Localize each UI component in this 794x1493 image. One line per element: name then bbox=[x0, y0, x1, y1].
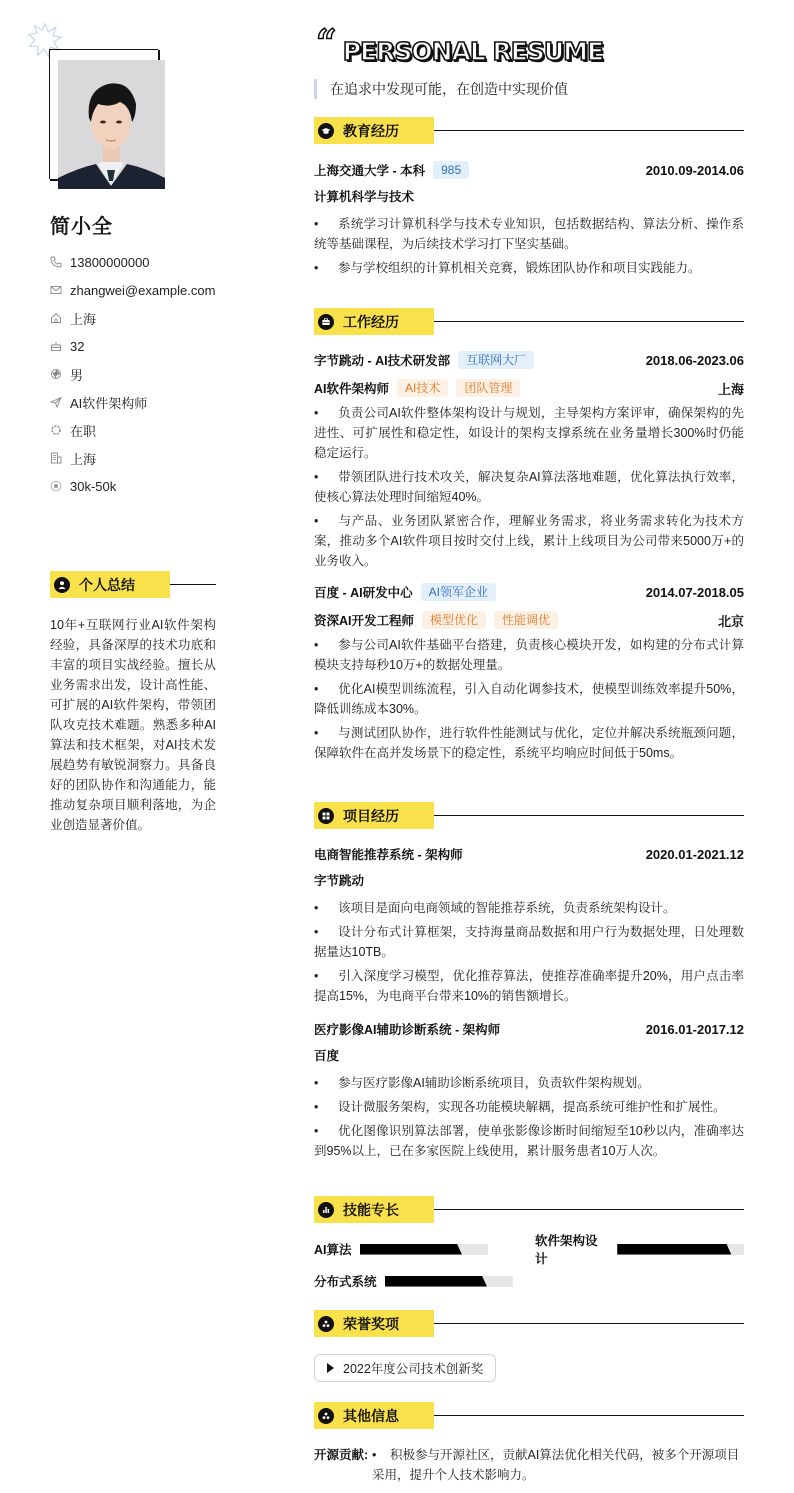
info-status: 在职 bbox=[50, 416, 250, 444]
company-name: 百度 - AI研发中心 bbox=[314, 583, 413, 601]
info-salary: 30k-50k bbox=[50, 472, 250, 500]
quote-mark-icon: “ bbox=[316, 28, 333, 58]
section-title: 项目经历 bbox=[343, 806, 399, 826]
project-name: 电商智能推荐系统 - 架构师 bbox=[314, 845, 463, 863]
skill-name: 分布式系统 bbox=[314, 1272, 377, 1290]
status-icon bbox=[50, 424, 62, 436]
section-other: 其他信息 bbox=[314, 1402, 744, 1429]
info-age-value: 32 bbox=[70, 339, 84, 354]
work-item: 字节跳动 - AI技术研发部 互联网大厂 2018.06-2023.06 AI软… bbox=[314, 349, 744, 571]
award-item: 2022年度公司技术创新奖 bbox=[314, 1354, 496, 1382]
info-status-value: 在职 bbox=[70, 421, 96, 440]
resume-title: “ PERSONAL RESUME bbox=[316, 28, 603, 70]
list-item: 优化图像识别算法部署，使单张影像诊断时间缩短至10秒以内，准确率达到95%以上，… bbox=[314, 1121, 744, 1161]
education-item: 上海交通大学 - 本科 985 2010.09-2014.06 计算机科学与技术… bbox=[314, 159, 744, 278]
section-header-summary: 个人总结 bbox=[50, 571, 216, 598]
project-name: 医疗影像AI辅助诊断系统 - 架构师 bbox=[314, 1020, 500, 1038]
bullet-icon bbox=[314, 679, 338, 699]
info-position-value: AI软件架构师 bbox=[70, 393, 147, 412]
info-icon bbox=[318, 1408, 334, 1424]
briefcase-icon bbox=[318, 314, 334, 330]
skill-item: AI算法 bbox=[314, 1240, 488, 1258]
building-icon bbox=[50, 452, 62, 464]
user-icon bbox=[54, 577, 70, 593]
work-city: 北京 bbox=[718, 611, 744, 630]
project-bullets: 参与医疗影像AI辅助诊断系统项目，负责软件架构规划。 设计微服务架构，实现各功能… bbox=[314, 1073, 744, 1161]
salary-icon bbox=[50, 480, 62, 492]
project-period: 2020.01-2021.12 bbox=[646, 847, 744, 862]
work-bullets: 负责公司AI软件整体架构设计与规划，主导架构方案评审，确保架构的先进性、可扩展性… bbox=[314, 403, 744, 571]
section-title: 技能专长 bbox=[343, 1200, 399, 1220]
school-name: 上海交通大学 - 本科 bbox=[314, 161, 425, 179]
list-item: 参与公司AI软件基础平台搭建，负责核心模块开发，如构建的分布式计算模块支持每秒1… bbox=[314, 635, 744, 675]
section-awards: 荣誉奖项 bbox=[314, 1310, 744, 1337]
list-item: 与测试团队协作，进行软件性能测试与优化，定位并解决系统瓶颈问题，保障软件在高并发… bbox=[314, 723, 744, 763]
send-icon bbox=[50, 396, 62, 408]
skill-bar bbox=[385, 1276, 513, 1287]
section-education: 教育经历 上海交通大学 - 本科 985 2010.09-2014.06 计算机… bbox=[314, 117, 744, 278]
skill-tag: AI技术 bbox=[397, 379, 448, 397]
skill-bar-fill bbox=[385, 1276, 487, 1287]
info-location: 上海 bbox=[50, 304, 250, 332]
project-org: 字节跳动 bbox=[314, 868, 744, 894]
section-divider bbox=[434, 321, 744, 322]
info-location-value: 上海 bbox=[70, 309, 96, 328]
section-divider bbox=[434, 1415, 744, 1416]
info-position: AI软件架构师 bbox=[50, 388, 250, 416]
project-bullets: 该项目是面向电商领域的智能推荐系统，负责系统架构设计。 设计分布式计算框架，支持… bbox=[314, 898, 744, 1006]
project-item: 医疗影像AI辅助诊断系统 - 架构师 2016.01-2017.12 百度 参与… bbox=[314, 1018, 744, 1161]
skill-bar-fill bbox=[360, 1244, 462, 1255]
skill-tag: 模型优化 bbox=[422, 611, 486, 629]
skill-item: 分布式系统 bbox=[314, 1272, 513, 1290]
section-divider bbox=[170, 584, 216, 585]
resume-title-text: PERSONAL RESUME bbox=[343, 32, 603, 72]
school-badge: 985 bbox=[433, 161, 469, 179]
section-header-other: 其他信息 bbox=[314, 1402, 744, 1429]
gender-icon bbox=[50, 368, 62, 380]
other-item: 开源贡献: •积极参与开源社区，贡献AI算法优化相关代码，被多个开源项目采用，提… bbox=[314, 1445, 744, 1485]
section-header-work: 工作经历 bbox=[314, 308, 744, 335]
section-title: 个人总结 bbox=[79, 575, 135, 595]
skill-tag: 团队管理 bbox=[456, 379, 520, 397]
list-item: 设计分布式计算框架，支持海量商品数据和用户行为数据处理，日处理数据量达10TB。 bbox=[314, 922, 744, 962]
info-phone: 13800000000 bbox=[50, 248, 250, 276]
info-phone-value: 13800000000 bbox=[70, 255, 150, 270]
home-icon bbox=[50, 312, 62, 324]
job-role: 资深AI开发工程师 bbox=[314, 611, 414, 629]
work-item: 百度 - AI研发中心 AI领军企业 2014.07-2018.05 资深AI开… bbox=[314, 581, 744, 763]
list-item: 设计微服务架构，实现各功能模块解耦，提高系统可维护性和扩展性。 bbox=[314, 1097, 744, 1117]
list-item: 参与医疗影像AI辅助诊断系统项目，负责软件架构规划。 bbox=[314, 1073, 744, 1093]
project-org: 百度 bbox=[314, 1043, 744, 1069]
info-gender: 男 bbox=[50, 360, 250, 388]
other-text: 积极参与开源社区，贡献AI算法优化相关代码，被多个开源项目采用，提升个人技术影响… bbox=[372, 1448, 739, 1482]
section-divider bbox=[434, 1323, 744, 1324]
avatar bbox=[58, 60, 165, 189]
graduation-cap-icon bbox=[318, 123, 334, 139]
section-projects: 项目经历 电商智能推荐系统 - 架构师 2020.01-2021.12 字节跳动… bbox=[314, 802, 744, 1161]
education-period: 2010.09-2014.06 bbox=[646, 163, 744, 178]
skill-bar bbox=[617, 1244, 744, 1255]
skill-bar bbox=[360, 1244, 488, 1255]
bullet-icon bbox=[314, 511, 338, 531]
bullet-icon bbox=[314, 635, 338, 655]
motto: 在追求中发现可能，在创造中实现价值 bbox=[314, 79, 568, 99]
section-skills: 技能专长 bbox=[314, 1196, 744, 1223]
bullet-icon bbox=[314, 922, 338, 942]
bullet-icon bbox=[314, 1097, 338, 1117]
phone-icon bbox=[50, 256, 62, 268]
cake-icon bbox=[50, 340, 62, 352]
list-item: 参与学校组织的计算机相关竞赛，锻炼团队协作和项目实践能力。 bbox=[314, 258, 744, 278]
section-title: 教育经历 bbox=[343, 121, 399, 141]
list-item: 负责公司AI软件整体架构设计与规划，主导架构方案评审，确保架构的先进性、可扩展性… bbox=[314, 403, 744, 463]
project-period: 2016.01-2017.12 bbox=[646, 1022, 744, 1037]
list-item: 引入深度学习模型，优化推荐算法，使推荐准确率提升20%，用户点击率提高15%，为… bbox=[314, 966, 744, 1006]
work-period: 2018.06-2023.06 bbox=[646, 353, 744, 368]
info-city-value: 上海 bbox=[70, 449, 96, 468]
skill-bar-fill bbox=[617, 1244, 731, 1255]
contact-info-list: 13800000000 zhangwei@example.com 上海 32 男… bbox=[50, 248, 250, 500]
list-item: 该项目是面向电商领域的智能推荐系统，负责系统架构设计。 bbox=[314, 898, 744, 918]
skill-item: 软件架构设计 bbox=[535, 1240, 744, 1258]
bullet-icon bbox=[314, 966, 338, 986]
award-name: 2022年度公司技术创新奖 bbox=[343, 1359, 483, 1377]
bullet-icon: • bbox=[372, 1445, 390, 1465]
list-item: 与产品、业务团队紧密合作，理解业务需求，将业务需求转化为技术方案，推动多个AI软… bbox=[314, 511, 744, 571]
section-title: 工作经历 bbox=[343, 312, 399, 332]
section-header-projects: 项目经历 bbox=[314, 802, 744, 829]
company-badge: AI领军企业 bbox=[421, 583, 496, 601]
section-divider bbox=[434, 1209, 744, 1210]
list-item: 系统学习计算机科学与技术专业知识，包括数据结构、算法分析、操作系统等基础课程，为… bbox=[314, 214, 744, 254]
bullet-icon bbox=[314, 723, 338, 743]
play-icon bbox=[327, 1363, 334, 1373]
company-badge: 互联网大厂 bbox=[458, 351, 534, 369]
bullet-icon bbox=[314, 898, 338, 918]
list-item: 带领团队进行技术攻关，解决复杂AI算法落地难题，优化算法执行效率，使核心算法处理… bbox=[314, 467, 744, 507]
mail-icon bbox=[50, 284, 62, 296]
info-salary-value: 30k-50k bbox=[70, 479, 116, 494]
section-title: 荣誉奖项 bbox=[343, 1314, 399, 1334]
company-name: 字节跳动 - AI技术研发部 bbox=[314, 351, 450, 369]
section-divider bbox=[434, 130, 744, 131]
job-role: AI软件架构师 bbox=[314, 379, 389, 397]
bar-chart-icon bbox=[318, 1202, 334, 1218]
work-bullets: 参与公司AI软件基础平台搭建，负责核心模块开发，如构建的分布式计算模块支持每秒1… bbox=[314, 635, 744, 763]
section-title: 其他信息 bbox=[343, 1406, 399, 1426]
major: 计算机科学与技术 bbox=[314, 184, 744, 210]
project-item: 电商智能推荐系统 - 架构师 2020.01-2021.12 字节跳动 该项目是… bbox=[314, 843, 744, 1006]
skill-name: 软件架构设计 bbox=[535, 1231, 609, 1267]
bullet-icon bbox=[314, 1073, 338, 1093]
list-item: 优化AI模型训练流程，引入自动化调参技术，使模型训练效率提升50%，降低训练成本… bbox=[314, 679, 744, 719]
skill-name: AI算法 bbox=[314, 1240, 352, 1258]
section-header-skills: 技能专长 bbox=[314, 1196, 744, 1223]
bullet-icon bbox=[314, 1121, 338, 1141]
award-icon bbox=[318, 1316, 334, 1332]
work-period: 2014.07-2018.05 bbox=[646, 585, 744, 600]
section-divider bbox=[434, 815, 744, 816]
education-bullets: 系统学习计算机科学与技术专业知识，包括数据结构、算法分析、操作系统等基础课程，为… bbox=[314, 214, 744, 278]
bullet-icon bbox=[314, 467, 338, 487]
info-email: zhangwei@example.com bbox=[50, 276, 250, 304]
sidebar: 简小全 13800000000 zhangwei@example.com 上海 … bbox=[0, 0, 260, 1493]
section-header-education: 教育经历 bbox=[314, 117, 744, 144]
info-city: 上海 bbox=[50, 444, 250, 472]
bullet-icon bbox=[314, 258, 338, 278]
work-city: 上海 bbox=[718, 379, 744, 398]
info-email-value: zhangwei@example.com bbox=[70, 283, 215, 298]
skill-tag: 性能调优 bbox=[494, 611, 558, 629]
section-header-awards: 荣誉奖项 bbox=[314, 1310, 744, 1337]
grid-icon bbox=[318, 808, 334, 824]
candidate-name: 简小全 bbox=[50, 210, 113, 239]
other-label: 开源贡献: bbox=[314, 1445, 372, 1485]
summary-text: 10年+互联网行业AI软件架构经验，具备深厚的技术功底和丰富的项目实战经验。擅长… bbox=[50, 615, 216, 835]
info-age: 32 bbox=[50, 332, 250, 360]
info-gender-value: 男 bbox=[70, 365, 83, 384]
section-work: 工作经历 字节跳动 - AI技术研发部 互联网大厂 2018.06-2023.0… bbox=[314, 308, 744, 763]
bullet-icon bbox=[314, 214, 338, 234]
bullet-icon bbox=[314, 403, 338, 423]
